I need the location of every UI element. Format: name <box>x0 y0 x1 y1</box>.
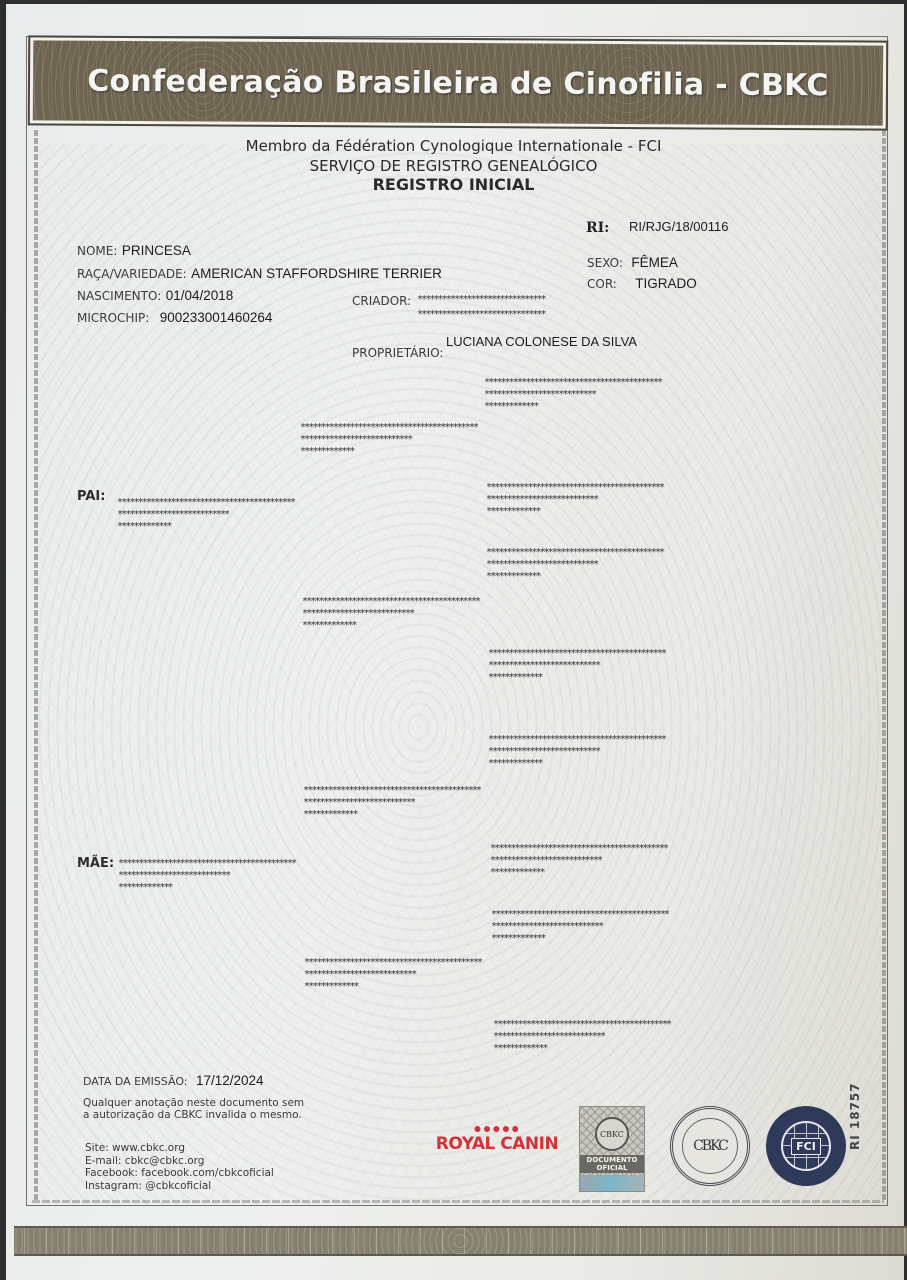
sponsor-name: ROYAL CANIN <box>432 1134 562 1154</box>
dam-label: MÃE: <box>77 856 114 871</box>
warning-line-1: Qualquer anotação neste documento sem <box>83 1097 304 1109</box>
official-document-text: DOCUMENTO OFICIAL <box>580 1155 644 1173</box>
contact-facebook: Facebook: facebook.com/cbkcoficial <box>85 1167 274 1180</box>
pedigree-great-grandparent-4-line-2: *************************** <box>488 660 599 672</box>
pedigree-great-grandparent-3-line-2: *************************** <box>486 559 597 571</box>
crown-icon: ●●●●● <box>432 1122 562 1134</box>
service-name: SERVIÇO DE REGISTRO GENEALÓGICO <box>0 157 907 175</box>
cbkc-seal: CBKC <box>670 1106 750 1186</box>
pedigree-paternal-granddam-line-1: ****************************************… <box>302 596 479 608</box>
pedigree-great-grandparent-1-line-2: *************************** <box>484 389 595 401</box>
breed-label: RAÇA/VARIEDADE: <box>77 267 187 281</box>
header-banner: Confederação Brasileira de Cinofilia - C… <box>30 37 887 128</box>
pedigree-maternal-grandsire-line-1: ****************************************… <box>303 785 480 797</box>
microtext-border-bottom <box>32 1200 884 1203</box>
pedigree-great-grandparent-6-line-2: *************************** <box>490 855 601 867</box>
page-border <box>26 36 888 1206</box>
birth-value: 01/04/2018 <box>166 288 234 303</box>
microchip-label: MICROCHIP: <box>77 311 149 325</box>
contact-email: E-mail: cbkc@cbkc.org <box>85 1155 274 1168</box>
sire-label: PAI: <box>77 489 105 504</box>
pedigree-sire-line-1: ****************************************… <box>117 497 294 509</box>
contact-site: Site: www.cbkc.org <box>85 1142 274 1155</box>
pedigree-great-grandparent-7-line-1: ****************************************… <box>491 909 668 921</box>
pedigree-paternal-granddam-line-2: *************************** <box>302 608 413 620</box>
serial-number: RI 18757 <box>848 1082 862 1150</box>
fci-text: FCI <box>791 1138 821 1155</box>
pedigree-sire-line-2: *************************** <box>117 509 228 521</box>
breeder-label: CRIADOR: <box>352 294 411 308</box>
pedigree-great-grandparent-5-line-3: ************* <box>488 758 542 770</box>
pedigree-great-grandparent-4-line-1: ****************************************… <box>488 648 665 660</box>
cbkc-seal-icon: CBKC <box>682 1118 738 1174</box>
microtext-border-right <box>882 130 886 1200</box>
pedigree-great-grandparent-1-line-1: ****************************************… <box>484 377 661 389</box>
name-value: PRINCESA <box>122 243 191 258</box>
owner-label: PROPRIETÁRIO: <box>352 346 443 360</box>
document-type: REGISTRO INICIAL <box>0 175 907 194</box>
breeder-line-1: ******************************* <box>417 294 545 306</box>
pedigree-maternal-granddam-line-1: ****************************************… <box>304 957 481 969</box>
sex-field: SEXO: FÊMEA <box>587 254 678 272</box>
sex-label: SEXO: <box>587 256 623 270</box>
royal-canin-logo: ●●●●● ROYAL CANIN <box>432 1122 562 1154</box>
birth-label: NASCIMENTO: <box>77 289 161 303</box>
contact-instagram: Instagram: @cbkcoficial <box>85 1180 274 1193</box>
pedigree-paternal-grandsire-line-1: ****************************************… <box>300 422 477 434</box>
pedigree-great-grandparent-7-line-2: *************************** <box>491 921 602 933</box>
pedigree-sire-line-3: ************* <box>117 521 171 533</box>
pedigree-paternal-grandsire-line-2: *************************** <box>300 434 411 446</box>
name-label: NOME: <box>77 244 117 258</box>
pedigree-great-grandparent-8-line-3: ************* <box>493 1043 547 1055</box>
issue-date-label: DATA DA EMISSÃO: <box>83 1075 188 1088</box>
footer-banner <box>14 1226 907 1256</box>
color-field: COR: TIGRADO <box>587 275 697 293</box>
pedigree-great-grandparent-8-line-1: ****************************************… <box>493 1019 670 1031</box>
pedigree-dam-line-3: ************* <box>118 882 172 894</box>
breed-value: AMERICAN STAFFORDSHIRE TERRIER <box>191 266 442 281</box>
contact-info: Site: www.cbkc.org E-mail: cbkc@cbkc.org… <box>85 1142 274 1192</box>
ri-value: RI/RJG/18/00116 <box>629 219 728 234</box>
birth-field: NASCIMENTO: 01/04/2018 <box>77 287 233 305</box>
microtext-border-left <box>34 130 38 1200</box>
name-field: NOME: PRINCESA <box>77 242 191 260</box>
pedigree-great-grandparent-4-line-3: ************* <box>488 672 542 684</box>
issue-date-field: DATA DA EMISSÃO: 17/12/2024 <box>83 1072 264 1090</box>
warning-note: Qualquer anotação neste documento sem a … <box>83 1097 304 1121</box>
issue-date-value: 17/12/2024 <box>196 1073 264 1088</box>
pedigree-great-grandparent-5-line-1: ****************************************… <box>488 734 665 746</box>
pedigree-great-grandparent-2-line-2: *************************** <box>486 494 597 506</box>
official-document-seal: CBKC DOCUMENTO OFICIAL <box>579 1106 645 1192</box>
sex-value: FÊMEA <box>631 255 678 270</box>
pedigree-great-grandparent-6-line-1: ****************************************… <box>490 843 667 855</box>
pedigree-great-grandparent-7-line-3: ************* <box>491 933 545 945</box>
pedigree-maternal-grandsire-line-3: ************* <box>303 809 357 821</box>
pedigree-great-grandparent-3-line-3: ************* <box>486 571 540 583</box>
organization-title: Confederação Brasileira de Cinofilia - C… <box>87 63 829 103</box>
pedigree-great-grandparent-2-line-1: ****************************************… <box>486 482 663 494</box>
pedigree-great-grandparent-1-line-3: ************* <box>484 401 538 413</box>
pedigree-great-grandparent-8-line-2: *************************** <box>493 1031 604 1043</box>
pedigree-great-grandparent-2-line-3: ************* <box>486 506 540 518</box>
breeder-line-2: ******************************* <box>417 309 545 321</box>
pedigree-dam-line-1: ****************************************… <box>118 858 295 870</box>
cbkc-monogram-icon: CBKC <box>595 1117 629 1151</box>
color-value: TIGRADO <box>635 276 697 291</box>
pedigree-paternal-granddam-line-3: ************* <box>302 620 356 632</box>
globe-icon: FCI <box>781 1121 831 1171</box>
ri-label: RI: <box>586 220 609 236</box>
pedigree-maternal-grandsire-line-2: *************************** <box>303 797 414 809</box>
pedigree-maternal-granddam-line-3: ************* <box>304 981 358 993</box>
pedigree-great-grandparent-6-line-3: ************* <box>490 867 544 879</box>
pedigree-paternal-grandsire-line-3: ************* <box>300 446 354 458</box>
breed-field: RAÇA/VARIEDADE: AMERICAN STAFFORDSHIRE T… <box>77 265 442 283</box>
owner-name: LUCIANA COLONESE DA SILVA <box>446 334 637 349</box>
microchip-value: 900233001460264 <box>160 310 273 325</box>
pedigree-great-grandparent-5-line-2: *************************** <box>488 746 599 758</box>
hologram-strip <box>580 1175 644 1191</box>
warning-line-2: a autorização da CBKC invalida o mesmo. <box>83 1109 304 1121</box>
pedigree-maternal-granddam-line-2: *************************** <box>304 969 415 981</box>
ri-field: RI: <box>586 219 609 237</box>
fci-seal: FCI <box>766 1106 846 1186</box>
fci-membership: Membro da Fédération Cynologique Interna… <box>0 137 907 155</box>
color-label: COR: <box>587 277 617 291</box>
microchip-field: MICROCHIP: 900233001460264 <box>77 309 272 327</box>
pedigree-great-grandparent-3-line-1: ****************************************… <box>486 547 663 559</box>
pedigree-dam-line-2: *************************** <box>118 870 229 882</box>
